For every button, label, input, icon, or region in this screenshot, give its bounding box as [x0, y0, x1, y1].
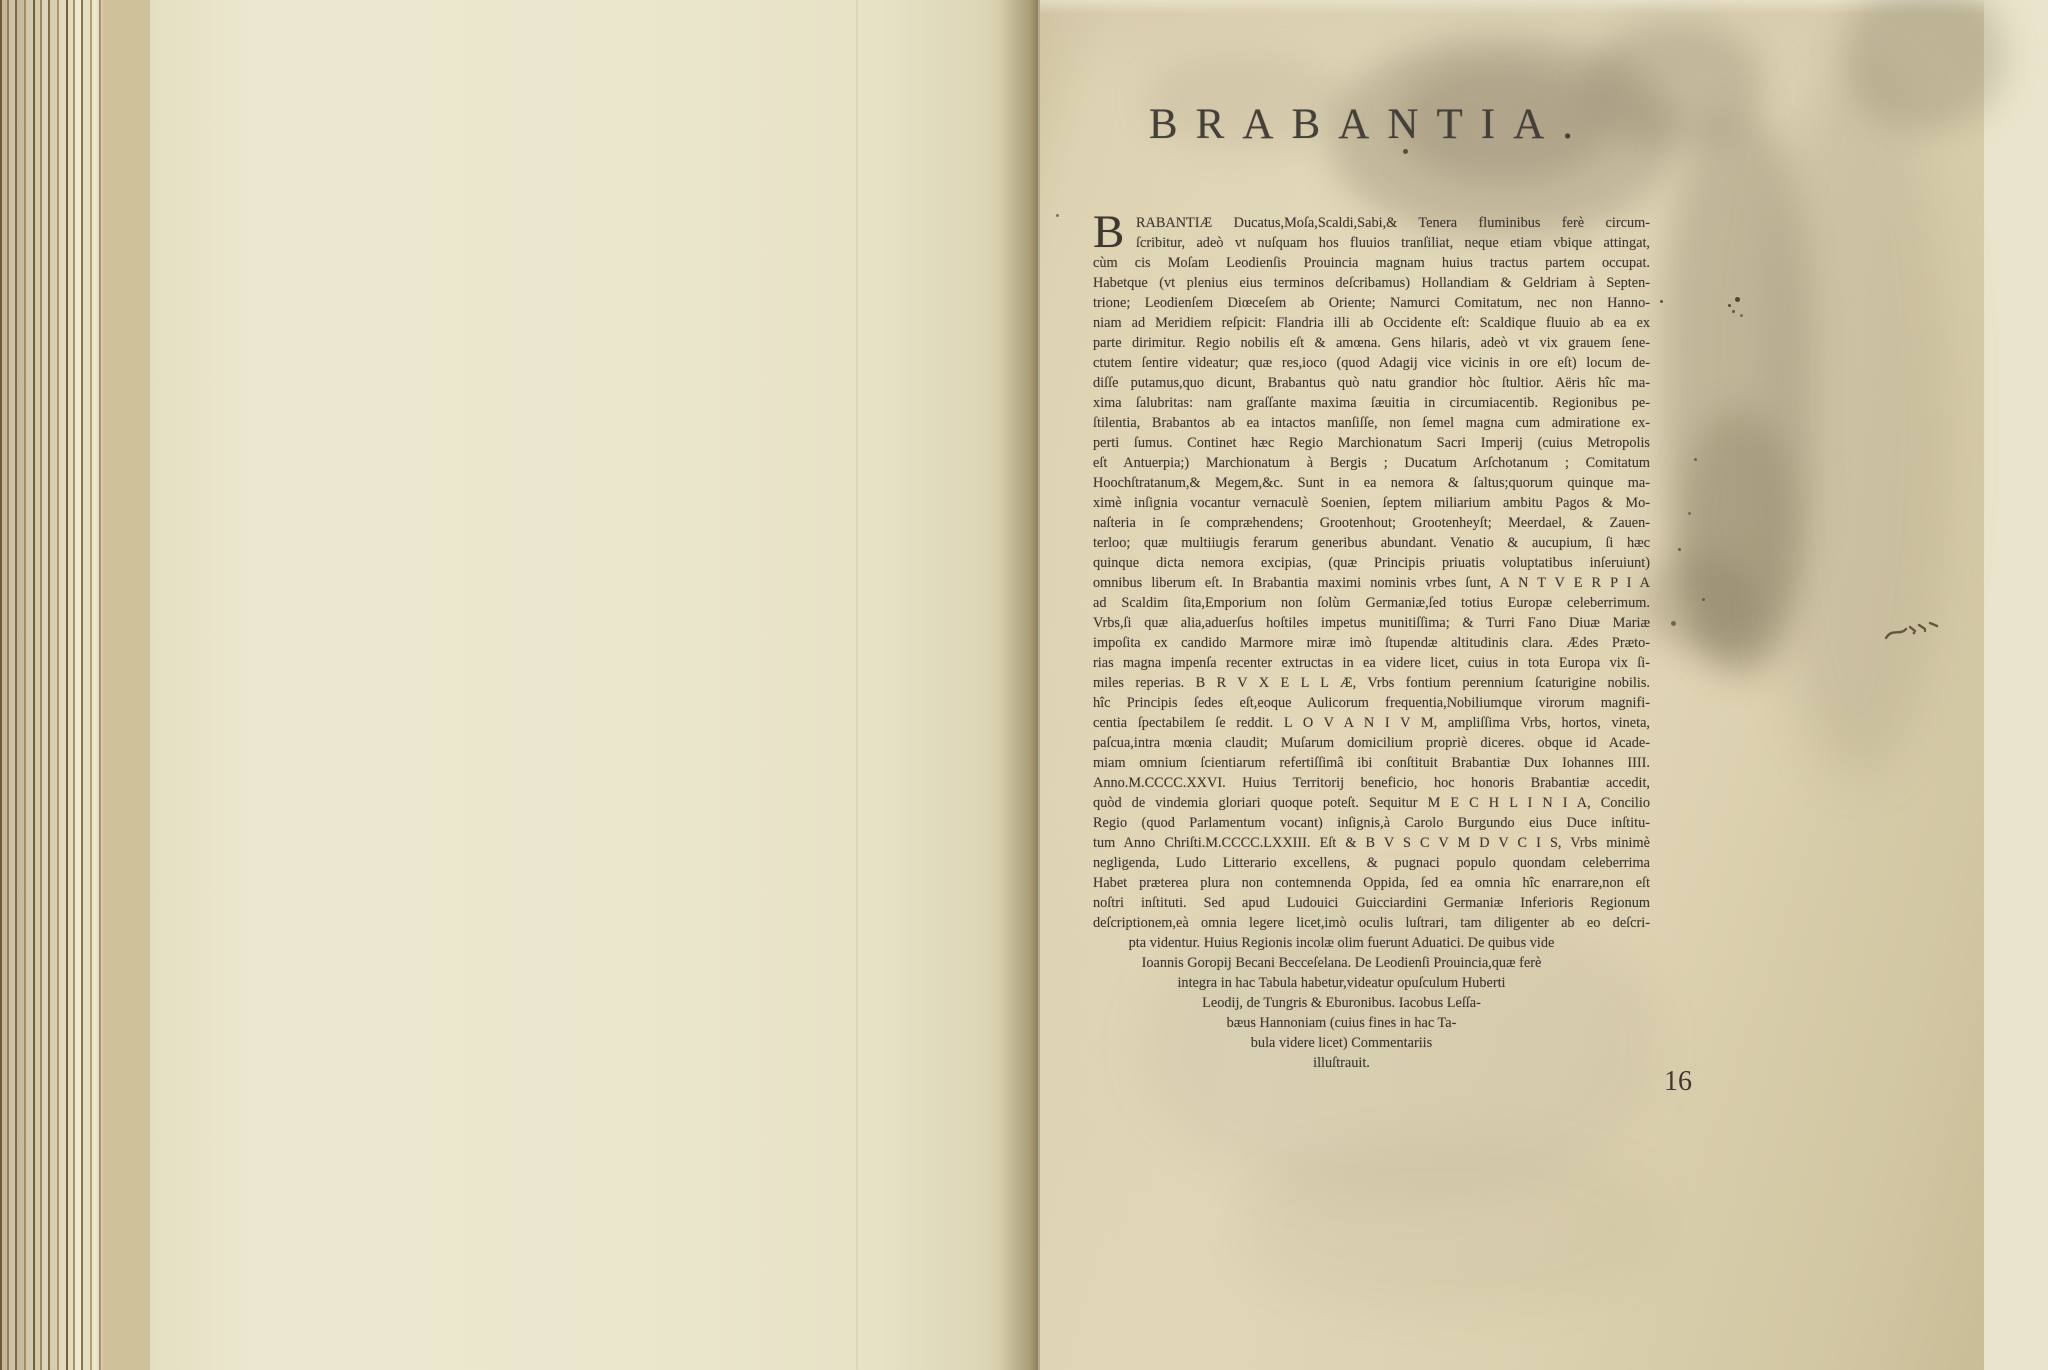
text-line: ctutem ſentire videatur; quæ res,ioco (q… [1093, 353, 1650, 373]
text-line: ſtilentia, Brabantos ab ea intactos manſ… [1093, 413, 1650, 433]
text-line: xima ſalubritas: nam graſſante maxima ſæ… [1093, 393, 1650, 413]
tail-lines: pta videntur. Huius Regionis incolæ olim… [1063, 933, 1620, 1073]
text-line: noſtri inſtituti. Sed apud Ludouici Guic… [1093, 893, 1650, 913]
text-line: diſſe putamus,quo dicunt, Brabantus quò … [1093, 373, 1650, 393]
body-lines: cùm cis Moſam Leodienſis Prouincia magna… [1093, 253, 1650, 933]
book-spread: BRABANTIA. B RABANTIÆ Ducatus,Moſa,Scald… [0, 0, 2048, 1370]
text-line: parte dirimitur. Regio nobilis eſt & amœ… [1093, 333, 1650, 353]
text-line: naſteria in ſe compræhendens; Grootenhou… [1093, 513, 1650, 533]
text-line: pta videntur. Huius Regionis incolæ olim… [1063, 933, 1620, 953]
text-line: Habet præterea plura non contemnenda Opp… [1093, 873, 1650, 893]
text-line: miam omnium ſcientiarum refertiſſimâ ibi… [1093, 753, 1650, 773]
text-line: Habetque (vt plenius eius terminos deſcr… [1093, 273, 1650, 293]
right-page-top-edge [1040, 0, 1984, 14]
text-line: niam ad Meridiem reſpicit: Flandria illi… [1093, 313, 1650, 333]
text-line: bæus Hannoniam (cuius fines in hac Ta- [1063, 1013, 1620, 1033]
text-line: rias magna impenſa recenter extructas in… [1093, 653, 1650, 673]
left-blank-page [150, 0, 1038, 1370]
ink-specks [1660, 300, 1663, 303]
text-line: ximè inſignia vocantur vernaculè Soenien… [1093, 493, 1650, 513]
text-line: omnibus liberum eſt. In Brabantia maximi… [1093, 573, 1650, 593]
text-line: cùm cis Moſam Leodienſis Prouincia magna… [1093, 253, 1650, 273]
text-line: negligenda, Ludo Litterario excellens, &… [1093, 853, 1650, 873]
text-line: Ioannis Goropij Becani Becceſelana. De L… [1063, 953, 1620, 973]
text-block: B RABANTIÆ Ducatus,Moſa,Scaldi,Sabi,& Te… [1093, 213, 1650, 1073]
text-line: tum Anno Chriſti.M.CCCC.LXXIII. Eſt & B … [1093, 833, 1650, 853]
text-line: miles reperias. B R V X E L L Æ, Vrbs fo… [1093, 673, 1650, 693]
text-line: ad Scaldim ſita,Emporium non ſolùm Germa… [1093, 593, 1650, 613]
text-line: Hoochſtratanum,& Megem,&c. Sunt in ea ne… [1093, 473, 1650, 493]
text-line: impoſita ex candido Marmore miræ imò ſtu… [1093, 633, 1650, 653]
text-line: ſcribitur, adeò vt nuſquam hos fluuios t… [1136, 233, 1650, 253]
text-line: centia ſpectabilem ſe reddit. L O V A N … [1093, 713, 1650, 733]
text-line: deſcriptionem,eà omnia legere licet,imò … [1093, 913, 1650, 933]
text-line: bula videre licet) Commentariis [1063, 1033, 1620, 1053]
text-line: illuſtrauit. [1063, 1053, 1620, 1073]
text-line: RABANTIÆ Ducatus,Moſa,Scaldi,Sabi,& Tene… [1136, 213, 1650, 233]
text-line: perti ſumus. Continet hæc Regio Marchion… [1093, 433, 1650, 453]
opening-paragraph: B RABANTIÆ Ducatus,Moſa,Scaldi,Sabi,& Te… [1093, 213, 1650, 253]
opening-lines: RABANTIÆ Ducatus,Moſa,Scaldi,Sabi,& Tene… [1136, 213, 1650, 253]
text-line: eſt Antuerpia;) Marchionatum à Bergis ; … [1093, 453, 1650, 473]
page-title: BRABANTIA. [1085, 100, 1655, 158]
text-line: integra in hac Tabula habetur,videatur o… [1063, 973, 1620, 993]
text-line: Regio (quod Parlamentum vocant) inſignis… [1093, 813, 1650, 833]
page-number: 16 [1648, 1066, 1708, 1098]
text-line: terloo; quæ multiiugis ferarum generibus… [1093, 533, 1650, 553]
text-line: Leodij, de Tungris & Eburonibus. Iacobus… [1063, 993, 1620, 1013]
left-page-fold-line [856, 0, 858, 1370]
text-line: quòd de vindemia gloriari quoque poteſt.… [1093, 793, 1650, 813]
text-line: quinque dicta nemora excipias, (quæ Prin… [1093, 553, 1650, 573]
text-line: trione; Leodienſem Diœceſem ab Oriente; … [1093, 293, 1650, 313]
text-line: Vrbs,ſi quæ alia,aduerſus hoſtiles impet… [1093, 613, 1650, 633]
text-line: paſcua,intra mœnia claudit; Muſarum domi… [1093, 733, 1650, 753]
text-line: Anno.M.CCCC.XXVI. Huius Territorij benef… [1093, 773, 1650, 793]
drop-cap: B [1093, 210, 1124, 254]
margin-scribble-mark [1884, 618, 1942, 646]
text-line: hîc Principis ſedes eſt,eoque Aulicorum … [1093, 693, 1650, 713]
left-page-edges [0, 0, 152, 1370]
